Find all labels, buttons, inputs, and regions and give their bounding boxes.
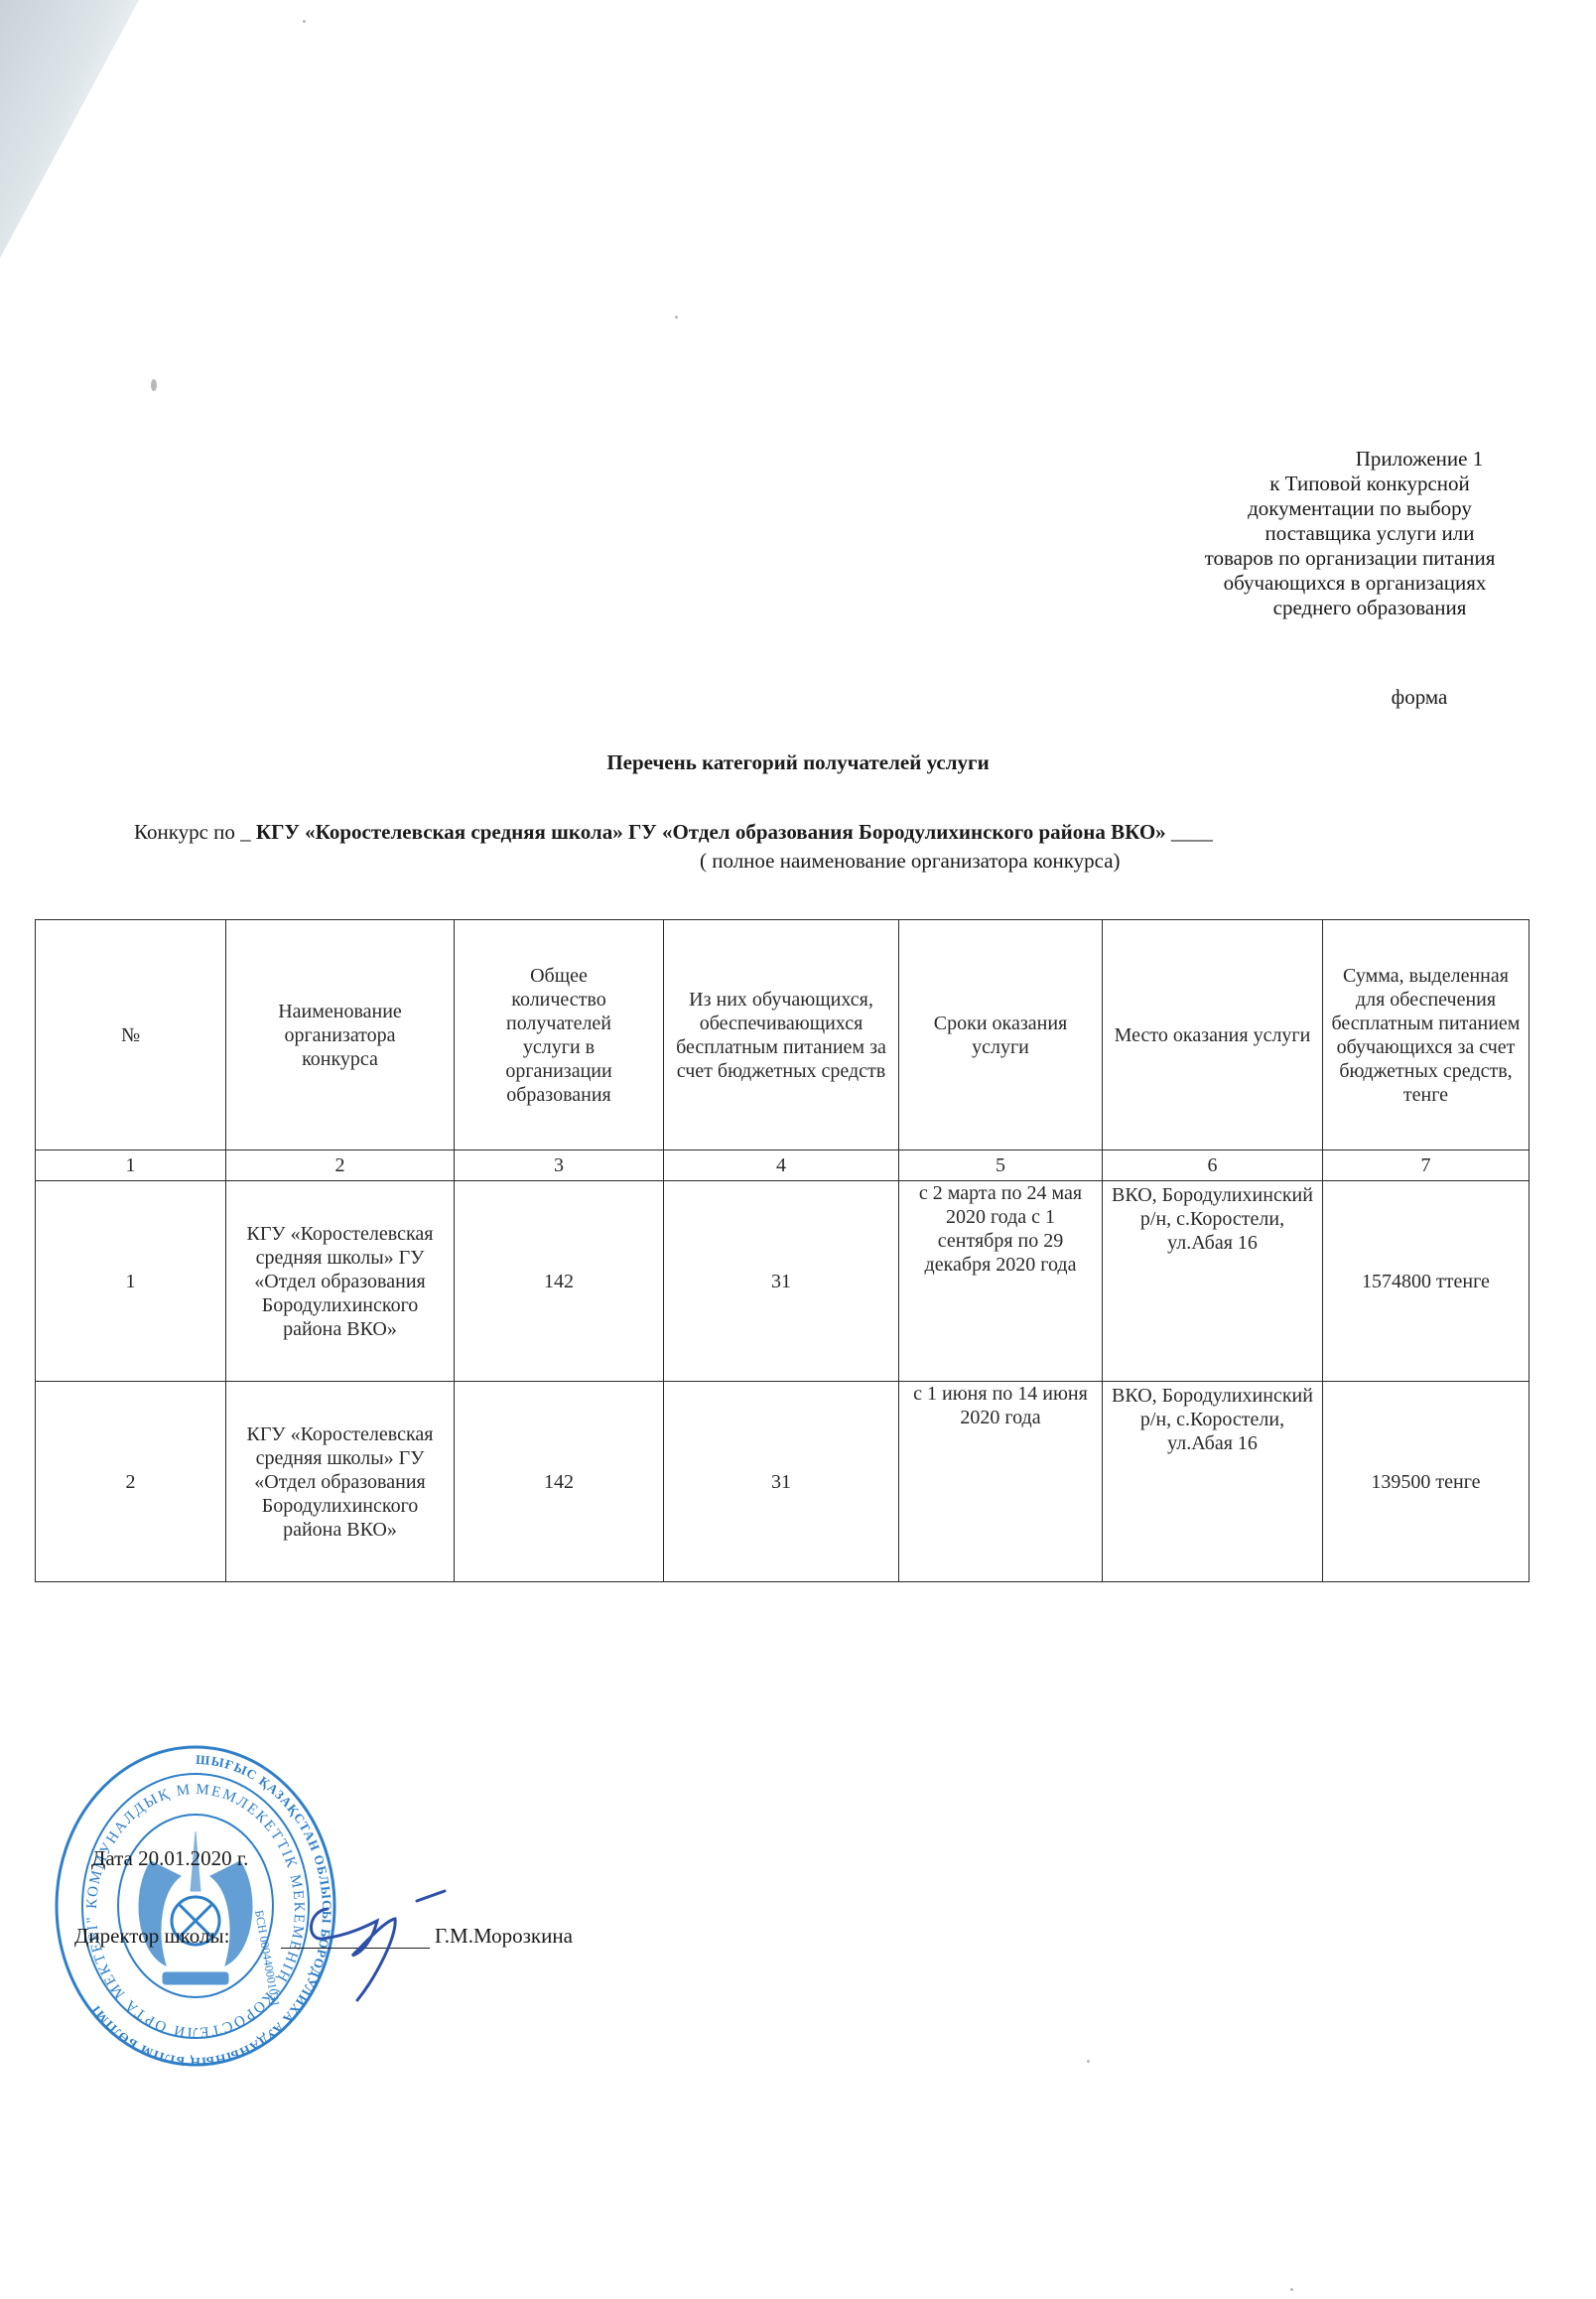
scan-speck xyxy=(1290,2288,1293,2291)
header-total-recipients: Общее количество получателей услуги в ор… xyxy=(455,920,664,1150)
row-free-meal-students: 31 xyxy=(664,1181,899,1382)
annex-line: к Типовой конкурсной xyxy=(1131,472,1568,496)
row-period: с 2 марта по 24 мая 2020 года с 1 сентяб… xyxy=(899,1181,1103,1382)
column-number: 4 xyxy=(664,1150,899,1181)
annex-line: среднего образования xyxy=(1131,596,1568,620)
scan-speck xyxy=(151,379,157,391)
row-place: ВКО, Бородулихинский р/н, с.Коростели, у… xyxy=(1103,1181,1323,1382)
row-place: ВКО, Бородулихинский р/н, с.Коростели, у… xyxy=(1103,1382,1323,1582)
header-free-meal-students: Из них обучающихся, обеспечивающихся бес… xyxy=(664,920,899,1150)
scan-speck xyxy=(1087,2060,1090,2063)
annex-line: Приложение 1 xyxy=(1131,447,1568,472)
annex-line: обучающихся в организациях xyxy=(1131,571,1568,596)
column-number: 7 xyxy=(1323,1150,1529,1181)
contest-line: Конкурс по _ КГУ «Коростелевская средняя… xyxy=(134,820,1213,845)
row-amount: 1574800 ттенге xyxy=(1323,1181,1529,1382)
contest-caption: ( полное наименование организатора конку… xyxy=(700,849,1121,874)
table-row: 1 КГУ «Коростелевская средняя школы» ГУ … xyxy=(36,1181,1529,1382)
annex-line: документации по выбору xyxy=(1131,496,1568,521)
column-number: 1 xyxy=(36,1150,226,1181)
annex-line: товаров по организации питания xyxy=(1131,546,1568,571)
header-organizer: Наименование организатора конкурса xyxy=(226,920,455,1150)
column-number: 5 xyxy=(899,1150,1103,1181)
header-place: Место оказания услуги xyxy=(1103,920,1323,1150)
annex-line: поставщика услуги или xyxy=(1131,521,1568,546)
row-amount: 139500 тенге xyxy=(1323,1382,1529,1582)
scan-speck xyxy=(303,20,306,23)
column-number: 6 xyxy=(1103,1150,1323,1181)
row-organizer: КГУ «Коростелевская средняя школы» ГУ «О… xyxy=(226,1181,455,1382)
row-free-meal-students: 31 xyxy=(664,1382,899,1582)
date-line: Дата 20.01.2020 г. xyxy=(91,1846,248,1871)
row-organizer: КГУ «Коростелевская средняя школы» ГУ «О… xyxy=(226,1382,455,1582)
scan-speck xyxy=(675,316,678,319)
header-amount: Сумма, выделенная для обеспечения беспла… xyxy=(1323,920,1529,1150)
column-number: 3 xyxy=(455,1150,664,1181)
director-label: Директор школы: xyxy=(74,1924,229,1949)
header-period: Сроки оказания услуги xyxy=(899,920,1103,1150)
document-title: Перечень категорий получателей услуги xyxy=(0,750,1596,775)
table-row: 2 КГУ «Коростелевская средняя школы» ГУ … xyxy=(36,1382,1529,1582)
contest-suffix: ____ xyxy=(1166,820,1213,844)
row-number: 2 xyxy=(36,1382,226,1582)
contest-organizer: КГУ «Коростелевская средняя школа» ГУ «О… xyxy=(256,820,1166,844)
form-label: форма xyxy=(1320,685,1519,710)
row-total-recipients: 142 xyxy=(455,1181,664,1382)
row-total-recipients: 142 xyxy=(455,1382,664,1582)
contest-prefix: Конкурс по _ xyxy=(134,820,256,844)
column-number: 2 xyxy=(226,1150,455,1181)
row-period: с 1 июня по 14 июня 2020 года xyxy=(899,1382,1103,1582)
table-header-row: № Наименование организатора конкурса Общ… xyxy=(36,920,1529,1150)
annex-reference: Приложение 1 к Типовой конкурсной докуме… xyxy=(1131,447,1568,620)
column-number-row: 1 2 3 4 5 6 7 xyxy=(36,1150,1529,1181)
header-number: № xyxy=(36,920,226,1150)
recipients-table: № Наименование организатора конкурса Общ… xyxy=(35,919,1529,1582)
handwritten-signature-icon xyxy=(268,1881,466,2010)
row-number: 1 xyxy=(36,1181,226,1382)
scan-shadow xyxy=(0,0,139,258)
